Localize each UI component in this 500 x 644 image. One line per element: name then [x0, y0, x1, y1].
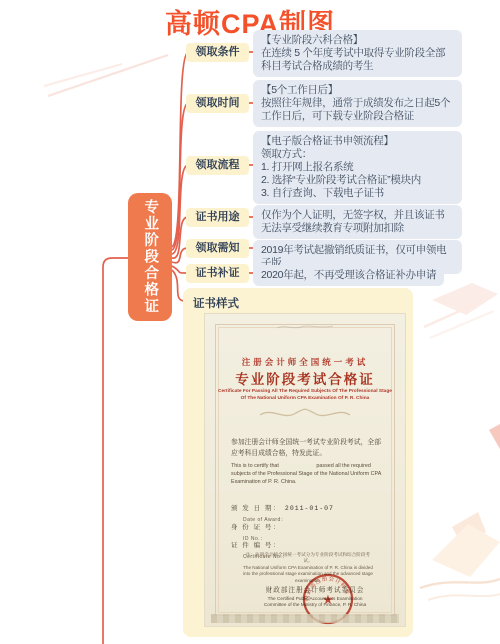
certificate-title-cn-big: 专业阶段考试合格证 — [205, 368, 405, 388]
branch-content-usage: 仅作为个人证明，无签字权，并且该证书无法享受继续教育专项附加扣除 — [253, 205, 462, 239]
branch-label-notice: 领取需知 — [186, 239, 249, 258]
certificate-body-en: This is to certify that passed all the r… — [231, 462, 383, 486]
seal-star-icon: ★ — [322, 592, 334, 607]
sample-section-label: 证书样式 — [193, 295, 239, 311]
handwritten-annotation — [275, 322, 335, 332]
decorative-flourish — [260, 407, 350, 421]
certificate-image: 注册会计师全国统一考试 专业阶段考试合格证 Certificate For Pa… — [205, 314, 405, 626]
root-node-professional-stage-certificate: 专业阶段合格证 — [128, 193, 172, 321]
field-number-label-cn: 证 件 编 号： — [231, 542, 281, 549]
branch-label-reissue: 证书补证 — [186, 264, 249, 283]
branch-label-process: 领取流程 — [186, 156, 249, 175]
branch-content-conditions: 【专业阶段六科合格】 在连续 5 个年度考试中取得专业阶段全部科目考试合格成绩的… — [253, 30, 462, 77]
field-id-label-cn: 身 份 证 号： — [231, 524, 281, 531]
certificate-note-cn: 注：注册会计师全国统一考试分为专业阶段考试和综合阶段考试。 — [243, 552, 373, 565]
root-node-label: 专业阶段合格证 — [143, 199, 158, 315]
certificate-title-en-line2: Of The National Uniform CPA Examination … — [213, 396, 397, 403]
watermark-flag-bottom-right — [420, 512, 500, 600]
watermark-books-right — [424, 283, 500, 449]
certificate-body-cn: 参加注册会计师全国统一考试专业阶段考试，全部应考科目成绩合格，特发此证。 — [231, 438, 381, 459]
branch-content-reissue: 2020年起，不再受理该合格证补办申请 — [253, 265, 444, 286]
branch-label-usage: 证书用途 — [186, 208, 249, 227]
certificate-title-cn-small: 注册会计师全国统一考试 — [205, 356, 405, 368]
certificate-bottom-decorative-strip — [211, 614, 399, 623]
watermark-streaks-top-left — [44, 55, 168, 96]
branch-content-process: 【电子版合格证书申领流程】 领取方式： 1. 打开网上报名系统 2. 选择“专业… — [253, 131, 462, 204]
branch-content-time: 【5个工作日后】 按照往年规律，通常于成绩发布之日起5个工作日后，可下载专业阶段… — [253, 80, 462, 127]
trunk-wire — [103, 258, 128, 644]
certificate-sample-section: 证书样式 注册会计师全国统一考试 专业阶段考试合格证 Certificate F… — [183, 288, 413, 637]
certificate-title-en-line1: Certificate For Passing All The Required… — [213, 389, 397, 396]
field-date-label-cn: 颁 发 日 期： — [231, 505, 281, 512]
branch-label-conditions: 领取条件 — [186, 43, 249, 62]
branch-label-time: 领取时间 — [186, 94, 249, 113]
field-date-value: 2011-01-07 — [285, 505, 334, 512]
mindmap-canvas: 高顿CPA制图 专业阶段合格证 领取条件 领取时间 领取流程 证书用途 领取需知… — [0, 0, 500, 644]
